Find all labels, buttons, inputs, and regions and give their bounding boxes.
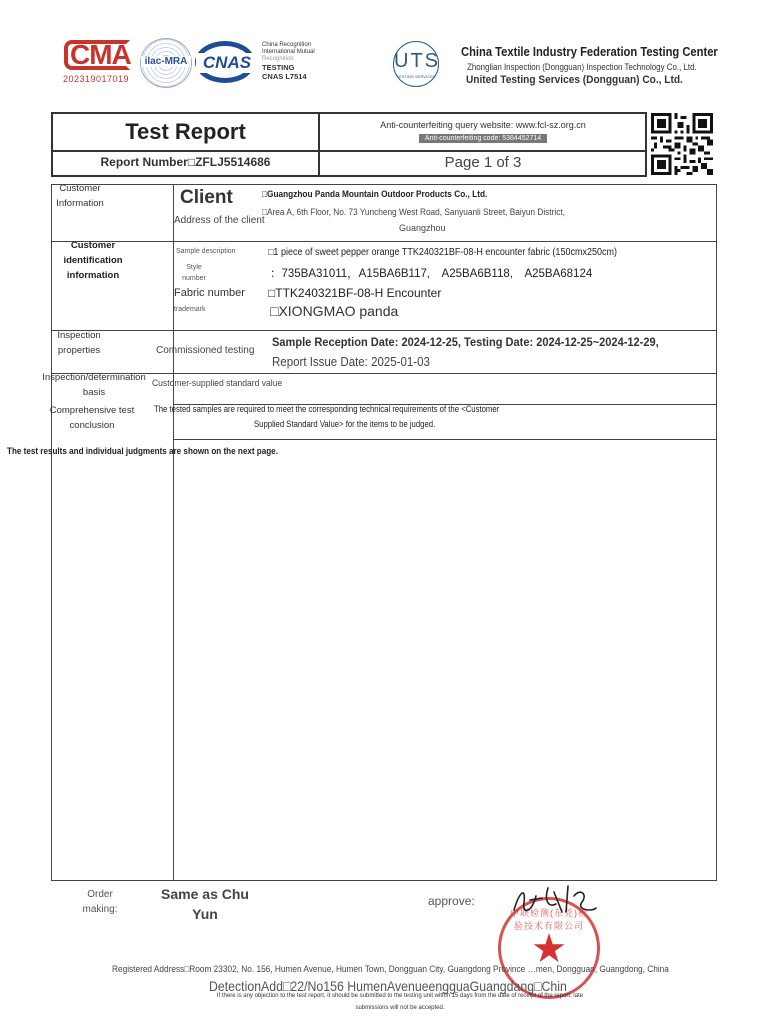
- client-address-label: Address of the client: [174, 215, 265, 226]
- objection-notice: If there is any objection to the test re…: [200, 990, 600, 1014]
- cma-number: 202319017019: [63, 74, 129, 84]
- objection-line-2: submissions will not be accepted.: [200, 1002, 600, 1014]
- determination-basis-value: Customer-supplied standard value: [152, 378, 282, 389]
- organization-subtitle-2: United Testing Services (Dongguan) Co., …: [466, 74, 683, 86]
- test-conclusion-label: Comprehensive test conclusion: [44, 403, 140, 433]
- anti-counterfeit-code-text: Anti-counterfeiting code: 5384452714: [419, 134, 547, 143]
- objection-line-1: If there is any objection to the test re…: [200, 990, 600, 1002]
- organization-subtitle-1: Zhonglian Inspection (Dongguan) Inspecti…: [467, 62, 697, 72]
- approve-label: approve:: [428, 894, 475, 908]
- cnas-note-3: Recognition: [262, 56, 322, 63]
- determination-basis-label: Inspection/determination basis: [38, 370, 150, 400]
- inspection-properties-label: Inspection properties: [47, 328, 111, 358]
- fabric-number-label: Fabric number: [174, 287, 245, 299]
- testing-dates-line-1: Sample Reception Date: 2024-12-25, Testi…: [272, 335, 659, 349]
- uts-logo-letters: UTS: [394, 50, 438, 73]
- anti-counterfeit-code: Anti-counterfeiting code: 5384452714: [319, 135, 647, 142]
- cma-logo: CMA 202319017019: [62, 38, 134, 88]
- trademark-value: □XIONGMAO panda: [270, 303, 398, 319]
- cma-letters: CMA: [70, 39, 131, 71]
- test-conclusion-line-2: Supplied Standard Value> for the items t…: [254, 419, 435, 429]
- cnas-label: CNAS: [196, 53, 258, 73]
- signature-icon: [508, 882, 598, 918]
- order-making-label: Order making:: [70, 887, 130, 917]
- fabric-number-value: □TTK240321BF-08-H Encounter: [268, 286, 441, 300]
- row-divider-1: [52, 241, 716, 242]
- qr-code-icon[interactable]: [651, 113, 713, 175]
- anti-counterfeit-website: Anti-counterfeiting query website: www.f…: [319, 120, 647, 130]
- report-header-box: Test Report Report Number□ZFLJ5514686 An…: [51, 112, 647, 177]
- cnas-testing: TESTING: [262, 63, 322, 72]
- ilac-mra-logo: ilac-MRA: [140, 38, 192, 88]
- registered-address: Registered Address□Room 23302, No. 156, …: [112, 964, 669, 974]
- test-conclusion-line-1: The tested samples are required to meet …: [154, 404, 499, 414]
- commissioned-testing: Commissioned testing: [156, 345, 254, 356]
- report-title: Test Report: [53, 119, 318, 145]
- cnas-logo: CNAS: [195, 41, 255, 83]
- order-making-value: Same as Chu Yun: [155, 884, 255, 924]
- row-divider-2: [52, 330, 716, 331]
- header-divider-horizontal: [53, 150, 645, 152]
- sample-description-value: □1 piece of sweet pepper orange TTK24032…: [268, 247, 617, 258]
- cnas-accreditation-text: China Recognition International Mutual R…: [262, 42, 322, 81]
- cnas-note-1: China Recognition: [262, 42, 322, 49]
- customer-identification-label: Customer identification information: [42, 238, 144, 283]
- organization-title: China Textile Industry Federation Testin…: [461, 44, 718, 59]
- page-indicator: Page 1 of 3: [319, 154, 647, 171]
- report-issue-date: Report Issue Date: 2025-01-03: [272, 355, 430, 369]
- results-note: The test results and individual judgment…: [7, 446, 278, 456]
- cnas-note-2: International Mutual: [262, 49, 322, 56]
- report-summary-table: Customer Information Client Address of t…: [51, 184, 717, 881]
- ilac-mra-label: ilac-MRA: [141, 56, 191, 67]
- style-number-value: ：735BA31011，A15BA6B117, A25BA6B118, A25B…: [270, 265, 592, 281]
- cnas-number: CNAS L7514: [262, 72, 322, 81]
- report-number: Report Number□ZFLJ5514686: [53, 155, 318, 169]
- client-address-line-1: □Area A, 6th Floor, No. 73 Yuncheng West…: [262, 207, 565, 217]
- style-number-label: Style number: [176, 262, 212, 284]
- row-divider-3: [52, 373, 716, 374]
- uts-logo: UTS TESTING SERVICES: [393, 41, 439, 87]
- uts-logo-sub: TESTING SERVICES: [394, 74, 438, 79]
- client-name: □Guangzhou Panda Mountain Outdoor Produc…: [262, 189, 487, 199]
- row-divider-5: [173, 439, 716, 440]
- customer-information-label: Customer Information: [46, 181, 114, 211]
- trademark-label: trademark: [174, 306, 206, 313]
- client-address-line-2: Guangzhou: [399, 223, 446, 233]
- sample-description-label: Sample description: [176, 248, 236, 255]
- client-label: Client: [180, 187, 233, 209]
